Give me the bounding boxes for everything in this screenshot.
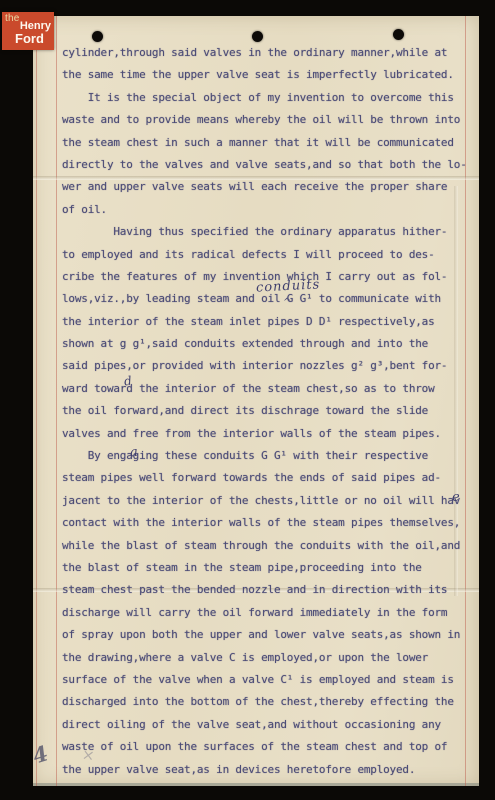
typed-line: contact with the interior walls of the s… — [62, 512, 462, 534]
typed-line: It is the special object of my invention… — [62, 87, 462, 109]
handwritten-x-mark: × — [81, 745, 96, 765]
typed-line: the blast of steam in the steam pipe,pro… — [62, 557, 462, 579]
typed-line: of spray upon both the upper and lower v… — [62, 624, 462, 646]
punch-hole — [393, 29, 404, 40]
insertion-caret-mark: ^ — [283, 297, 291, 308]
handwritten-letter-e-correction: e — [452, 490, 460, 505]
typed-line: waste and to provide means whereby the o… — [62, 109, 462, 131]
typed-line: while the blast of steam through the con… — [62, 535, 462, 557]
typed-line: direct oiling of the valve seat,and with… — [62, 714, 462, 736]
typed-line: shown at g g¹,said conduits extended thr… — [62, 333, 462, 355]
right-margin-rule — [465, 16, 466, 786]
henry-ford-logo: the Henry Ford — [2, 12, 54, 50]
typed-line: the drawing,where a valve C is employed,… — [62, 647, 462, 669]
left-margin-rule-inner — [56, 16, 57, 786]
punch-hole — [92, 31, 103, 42]
typed-line: waste of oil upon the surfaces of the st… — [62, 736, 462, 758]
logo-text-the: the — [5, 13, 20, 24]
typed-line: By engaging these conduits G G¹ with the… — [62, 445, 462, 467]
typed-line: directly to the valves and valve seats,a… — [62, 154, 462, 176]
typed-line: said pipes,or provided with interior noz… — [62, 355, 462, 377]
typed-line: surface of the valve when a valve C¹ is … — [62, 669, 462, 691]
left-margin-rule-outer — [36, 16, 37, 786]
typed-line: valves and free from the interior walls … — [62, 423, 462, 445]
typed-line: the upper valve seat,as in devices heret… — [62, 759, 462, 781]
handwritten-letter-a-correction: a — [129, 445, 138, 461]
typed-line: jacent to the interior of the chests,lit… — [62, 490, 462, 512]
typed-line: cylinder,through said valves in the ordi… — [62, 42, 462, 64]
typed-line: the steam chest in such a manner that it… — [62, 132, 462, 154]
logo-text-ford: Ford — [15, 31, 44, 46]
punch-hole — [252, 31, 263, 42]
typed-line: steam chest past the bended nozzle and i… — [62, 579, 462, 601]
document-page: cylinder,through said valves in the ordi… — [33, 16, 479, 786]
typed-line: ward toward the interior of the steam ch… — [62, 378, 462, 400]
typed-line: discharged into the bottom of the chest,… — [62, 691, 462, 713]
typewritten-text: cylinder,through said valves in the ordi… — [62, 42, 462, 781]
typed-line: the interior of the steam inlet pipes D … — [62, 311, 462, 333]
typed-line: wer and upper valve seats will each rece… — [62, 176, 462, 198]
handwritten-letter-d-correction: d — [123, 374, 133, 389]
typed-line: steam pipes well forward towards the end… — [62, 467, 462, 489]
typed-line: the same time the upper valve seat is im… — [62, 64, 462, 86]
typed-line: Having thus specified the ordinary appar… — [62, 221, 462, 243]
typed-line: discharge will carry the oil forward imm… — [62, 602, 462, 624]
typed-line: to employed and its radical defects I wi… — [62, 244, 462, 266]
typed-line: the oil forward,and direct its dischrage… — [62, 400, 462, 422]
typed-line: of oil. — [62, 199, 462, 221]
